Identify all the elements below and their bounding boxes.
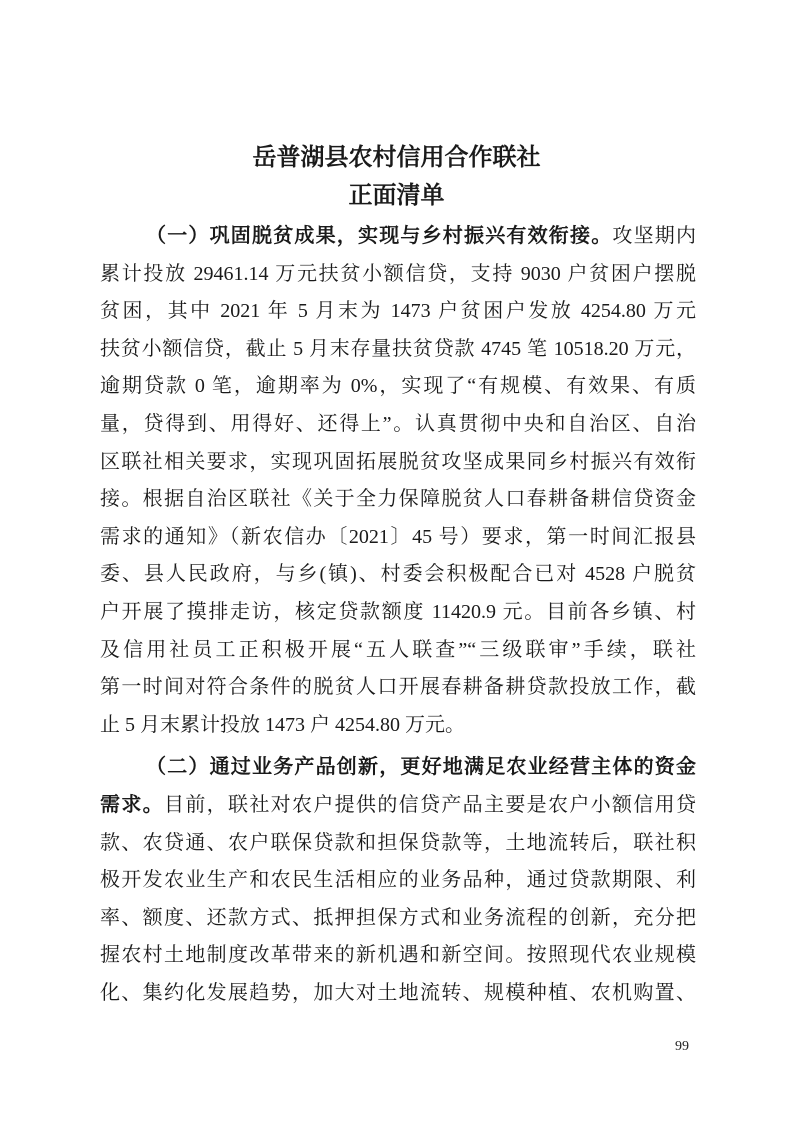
text-line: 量，贷得到、用得好、还得上”。认真贯彻中央和自治区、自治 [100, 406, 696, 444]
text-line: 止 5 月末累计投放 1473 户 4254.80 万元。 [100, 707, 696, 745]
text-segment: 累计投放 29461.14 万元扶贫小额信贷，支持 9030 户贫困户摆脱 [100, 263, 696, 285]
text-segment: 贫困，其中 2021 年 5 月末为 1473 户贫困户发放 4254.80 万… [100, 300, 696, 322]
text-line: 率、额度、还款方式、抵押担保方式和业务流程的创新，充分把 [100, 900, 696, 938]
text-segment: 攻坚期内 [612, 225, 696, 247]
text-line: 需求的通知》（新农信办〔2021〕45 号）要求，第一时间汇报县 [100, 519, 696, 557]
text-line: （二）通过业务产品创新，更好地满足农业经营主体的资金 [100, 749, 696, 787]
text-line: 及信用社员工正积极开展“五人联查”“三级联审”手续，联社 [100, 632, 696, 670]
text-line: 极开发农业生产和农民生活相应的业务品种，通过贷款期限、利 [100, 862, 696, 900]
bold-text-segment: 需求。 [100, 794, 164, 816]
text-line: 第一时间对符合条件的脱贫人口开展春耕备耕贷款投放工作，截 [100, 669, 696, 707]
text-line: 化、集约化发展趋势，加大对土地流转、规模种植、农机购置、 [100, 975, 696, 1013]
text-line: 扶贫小额信贷，截止 5 月末存量扶贫贷款 4745 笔 10518.20 万元， [100, 331, 696, 369]
text-segment: 需求的通知》（新农信办〔2021〕45 号）要求，第一时间汇报县 [100, 526, 696, 548]
text-segment: 极开发农业生产和农民生活相应的业务品种，通过贷款期限、利 [100, 869, 696, 891]
text-segment: 委、县人民政府，与乡(镇)、村委会积极配合已对 4528 户脱贫 [100, 563, 696, 585]
document-subtitle: 正面清单 [0, 177, 793, 215]
text-line: 握农村土地制度改革带来的新机遇和新空间。按照现代农业规模 [100, 937, 696, 975]
bold-text-segment: （一）巩固脱贫成果，实现与乡村振兴有效衔接。 [146, 225, 612, 247]
text-segment: 区联社相关要求，实现巩固拓展脱贫攻坚成果同乡村振兴有效衔 [100, 451, 696, 473]
text-segment: 目前，联社对农户提供的信贷产品主要是农户小额信用贷 [164, 794, 696, 816]
text-line: （一）巩固脱贫成果，实现与乡村振兴有效衔接。攻坚期内 [100, 218, 696, 256]
text-line: 接。根据自治区联社《关于全力保障脱贫人口春耕备耕信贷资金 [100, 481, 696, 519]
text-line: 需求。目前，联社对农户提供的信贷产品主要是农户小额信用贷 [100, 787, 696, 825]
title-block: 岳普湖县农村信用合作联社 正面清单 [0, 139, 793, 215]
text-segment: 化、集约化发展趋势，加大对土地流转、规模种植、农机购置、 [100, 982, 696, 1004]
document-body: （一）巩固脱贫成果，实现与乡村振兴有效衔接。攻坚期内累计投放 29461.14 … [100, 218, 696, 1012]
text-segment: 接。根据自治区联社《关于全力保障脱贫人口春耕备耕信贷资金 [100, 488, 696, 510]
text-segment: 及信用社员工正积极开展“五人联查”“三级联审”手续，联社 [100, 639, 696, 661]
text-segment: 握农村土地制度改革带来的新机遇和新空间。按照现代农业规模 [100, 944, 696, 966]
text-line: 贫困，其中 2021 年 5 月末为 1473 户贫困户发放 4254.80 万… [100, 293, 696, 331]
page-number: 99 [675, 1039, 689, 1055]
text-segment: 户开展了摸排走访，核定贷款额度 11420.9 元。目前各乡镇、村 [100, 601, 696, 623]
text-line: 委、县人民政府，与乡(镇)、村委会积极配合已对 4528 户脱贫 [100, 556, 696, 594]
text-segment: 量，贷得到、用得好、还得上”。认真贯彻中央和自治区、自治 [100, 413, 696, 435]
text-segment: 逾期贷款 0 笔，逾期率为 0%，实现了“有规模、有效果、有质 [100, 375, 696, 397]
paragraph-2: （二）通过业务产品创新，更好地满足农业经营主体的资金需求。目前，联社对农户提供的… [100, 749, 696, 1012]
text-segment: 止 5 月末累计投放 1473 户 4254.80 万元。 [100, 714, 465, 736]
text-segment: 第一时间对符合条件的脱贫人口开展春耕备耕贷款投放工作，截 [100, 676, 696, 698]
text-line: 款、农贷通、农户联保贷款和担保贷款等，土地流转后，联社积 [100, 825, 696, 863]
text-segment: 扶贫小额信贷，截止 5 月末存量扶贫贷款 4745 笔 10518.20 万元， [100, 338, 696, 360]
text-segment: 款、农贷通、农户联保贷款和担保贷款等，土地流转后，联社积 [100, 832, 696, 854]
document-title: 岳普湖县农村信用合作联社 [0, 139, 793, 177]
text-line: 区联社相关要求，实现巩固拓展脱贫攻坚成果同乡村振兴有效衔 [100, 444, 696, 482]
text-line: 户开展了摸排走访，核定贷款额度 11420.9 元。目前各乡镇、村 [100, 594, 696, 632]
bold-text-segment: （二）通过业务产品创新，更好地满足农业经营主体的资金 [146, 756, 696, 778]
text-line: 逾期贷款 0 笔，逾期率为 0%，实现了“有规模、有效果、有质 [100, 368, 696, 406]
text-line: 累计投放 29461.14 万元扶贫小额信贷，支持 9030 户贫困户摆脱 [100, 256, 696, 294]
text-segment: 率、额度、还款方式、抵押担保方式和业务流程的创新，充分把 [100, 907, 696, 929]
paragraph-1: （一）巩固脱贫成果，实现与乡村振兴有效衔接。攻坚期内累计投放 29461.14 … [100, 218, 696, 744]
